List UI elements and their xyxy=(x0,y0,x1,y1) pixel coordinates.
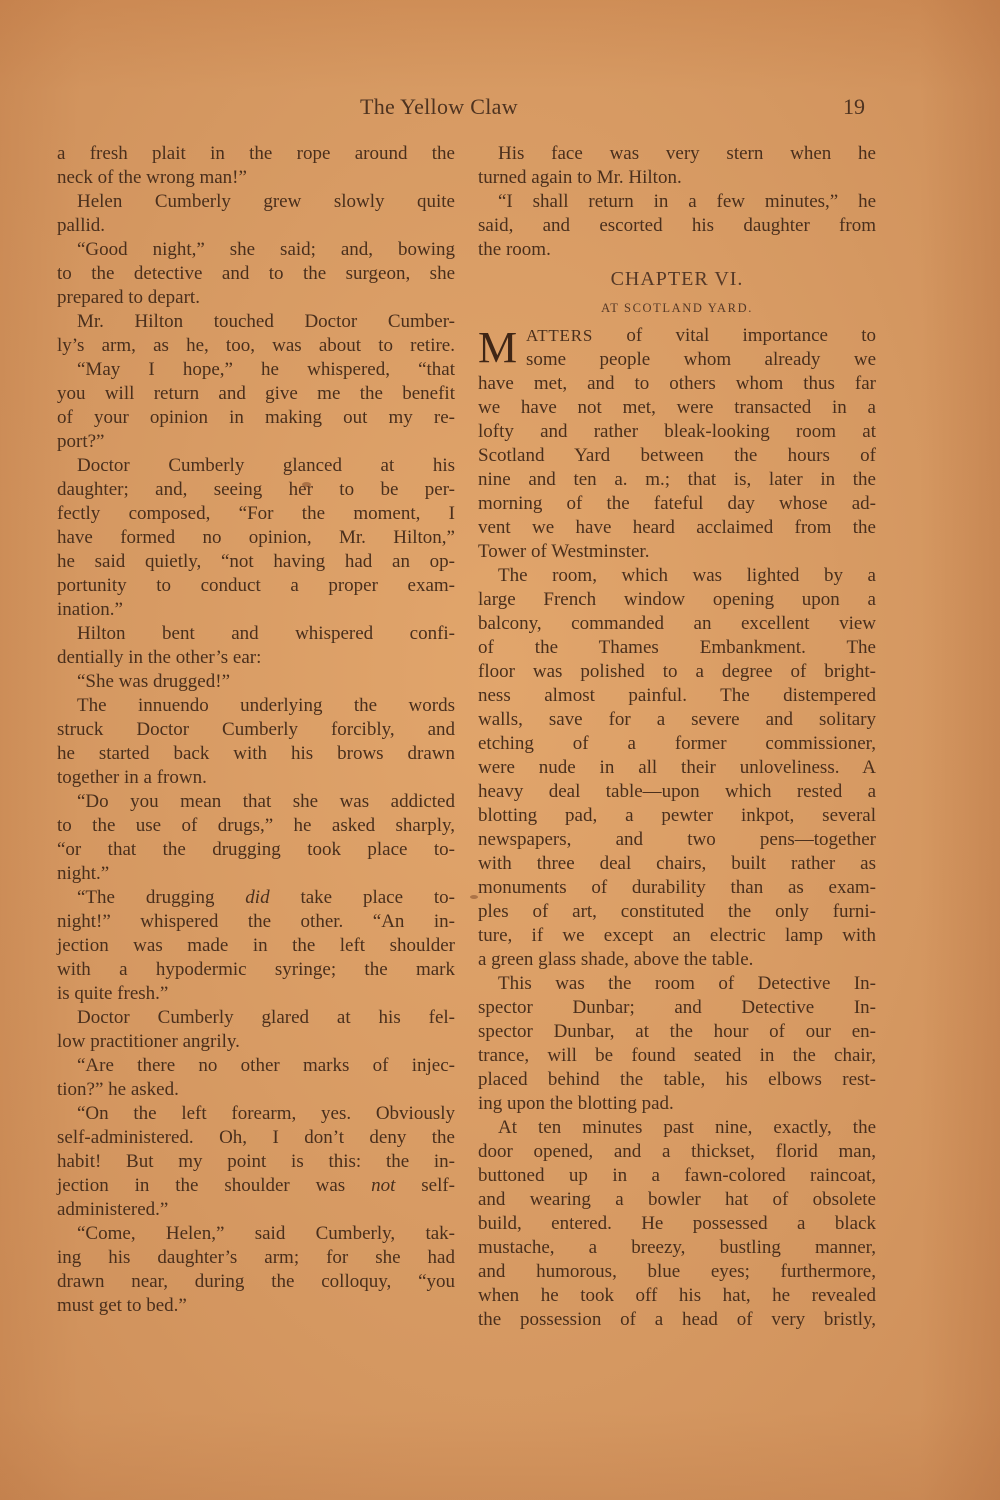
text-line: and humorous, blue eyes; furthermore, xyxy=(478,1260,876,1284)
text-line: Mr. Hilton touched Doctor Cumber- xyxy=(57,310,455,334)
text-line: drawn near, during the colloquy, “you xyxy=(57,1270,455,1294)
text-line: “On the left forearm, yes. Obviously xyxy=(57,1102,455,1126)
text-line: daughter; and, seeing her to be per- xyxy=(57,478,455,502)
text-line: lofty and rather bleak-looking room at xyxy=(478,420,876,444)
text-line: must get to bed.” xyxy=(57,1294,455,1318)
running-title: The Yellow Claw xyxy=(360,94,518,120)
text-line: buttoned up in a fawn-colored raincoat, xyxy=(478,1164,876,1188)
text-line: of the Thames Embankment. The xyxy=(478,636,876,660)
paper-stain xyxy=(470,895,478,899)
text-line: His face was very stern when he xyxy=(478,142,876,166)
text-line: together in a frown. xyxy=(57,766,455,790)
text-line: spector Dunbar; and Detective In- xyxy=(478,996,876,1020)
chapter-first-line: ATTERS of vital importance to xyxy=(478,324,876,348)
book-page: The Yellow Claw 19 a fresh plait in the … xyxy=(0,0,1000,1500)
text-line: when he took off his hat, he revealed xyxy=(478,1284,876,1308)
text-line: build, entered. He possessed a black xyxy=(478,1212,876,1236)
text-line: ination.” xyxy=(57,598,455,622)
text-line: “I shall return in a few minutes,” he xyxy=(478,190,876,214)
text-line: monuments of durability than as exam- xyxy=(478,876,876,900)
text-line: Doctor Cumberly glared at his fel- xyxy=(57,1006,455,1030)
text-line: some people whom already we xyxy=(478,348,876,372)
running-head: The Yellow Claw 19 xyxy=(0,94,1000,124)
text-line: the room. xyxy=(478,238,876,262)
text-line: were nude in all their unloveliness. A xyxy=(478,756,876,780)
text-line: nine and ten a. m.; that is, later in th… xyxy=(478,468,876,492)
text-line: he said quietly, “not having had an op- xyxy=(57,550,455,574)
text-line: door opened, and a thickset, florid man, xyxy=(478,1140,876,1164)
text-line: walls, save for a severe and solitary xyxy=(478,708,876,732)
italic-word: did xyxy=(245,887,269,908)
text-line: placed behind the table, his elbows rest… xyxy=(478,1068,876,1092)
page-number: 19 xyxy=(843,94,865,120)
text-line: “The drugging did take place to- xyxy=(57,886,455,910)
chapter-opening: M ATTERS of vital importance to some peo… xyxy=(478,324,876,1332)
text-line: ture, if we except an electric lamp with xyxy=(478,924,876,948)
text-line: you will return and give me the benefit xyxy=(57,382,455,406)
text-line: large French window opening upon a xyxy=(478,588,876,612)
text-line: newspapers, and two pens—together xyxy=(478,828,876,852)
text-line: of your opinion in making out my re- xyxy=(57,406,455,430)
text-line: “She was drugged!” xyxy=(57,670,455,694)
text-line: floor was polished to a degree of bright… xyxy=(478,660,876,684)
text-line: “Do you mean that she was addicted xyxy=(57,790,455,814)
text-line: “or that the drugging took place to- xyxy=(57,838,455,862)
text-line: This was the room of Detective In- xyxy=(478,972,876,996)
text-line: blotting pad, a pewter inkpot, several xyxy=(478,804,876,828)
text-line: we have not met, were transacted in a xyxy=(478,396,876,420)
text-line: struck Doctor Cumberly forcibly, and xyxy=(57,718,455,742)
text-line: have formed no opinion, Mr. Hilton,” xyxy=(57,526,455,550)
text-line: Hilton bent and whispered confi- xyxy=(57,622,455,646)
text-line: neck of the wrong man!” xyxy=(57,166,455,190)
first-word-smallcaps: ATTERS xyxy=(526,326,593,345)
text-line: ples of art, constituted the only furni- xyxy=(478,900,876,924)
text-line: pallid. xyxy=(57,214,455,238)
text-line: spector Dunbar, at the hour of our en- xyxy=(478,1020,876,1044)
text-line: “May I hope,” he whispered, “that xyxy=(57,358,455,382)
text-line: he started back with his brows drawn xyxy=(57,742,455,766)
text-line: turned again to Mr. Hilton. xyxy=(478,166,876,190)
text-line: prepared to depart. xyxy=(57,286,455,310)
text-run: self- xyxy=(395,1175,455,1196)
text-line: low practitioner angrily. xyxy=(57,1030,455,1054)
left-column: a fresh plait in the rope around theneck… xyxy=(57,142,455,1318)
text-line: ly’s arm, as he, too, was about to retir… xyxy=(57,334,455,358)
text-line: have met, and to others whom thus far xyxy=(478,372,876,396)
paper-stain xyxy=(302,482,311,487)
text-line: said, and escorted his daughter from xyxy=(478,214,876,238)
text-line: Scotland Yard between the hours of xyxy=(478,444,876,468)
text-line: ing upon the blotting pad. xyxy=(478,1092,876,1116)
text-line: morning of the fateful day whose ad- xyxy=(478,492,876,516)
text-line: portunity to conduct a proper exam- xyxy=(57,574,455,598)
text-line: tion?” he asked. xyxy=(57,1078,455,1102)
text-line: ness almost painful. The distempered xyxy=(478,684,876,708)
text-line: jection in the shoulder was not self- xyxy=(57,1174,455,1198)
text-line: “Are there no other marks of injec- xyxy=(57,1054,455,1078)
text-line: a green glass shade, above the table. xyxy=(478,948,876,972)
text-line: habit! But my point is this: the in- xyxy=(57,1150,455,1174)
text-line: heavy deal table—upon which rested a xyxy=(478,780,876,804)
chapter-title: CHAPTER VI. xyxy=(478,262,876,296)
right-column: His face was very stern when heturned ag… xyxy=(478,142,876,1332)
right-column-after-chapter: some people whom already wehave met, and… xyxy=(478,348,876,1332)
text-line: self-administered. Oh, I don’t deny the xyxy=(57,1126,455,1150)
text-line: balcony, commanded an excellent view xyxy=(478,612,876,636)
text-line: to the detective and to the surgeon, she xyxy=(57,262,455,286)
text-line: jection was made in the left shoulder xyxy=(57,934,455,958)
text-line: mustache, a breezy, bustling manner, xyxy=(478,1236,876,1260)
text-line: Helen Cumberly grew slowly quite xyxy=(57,190,455,214)
text-run: “The drugging xyxy=(77,887,245,908)
text-line: port?” xyxy=(57,430,455,454)
first-line-rest: of vital importance to xyxy=(593,325,876,346)
text-line: dentially in the other’s ear: xyxy=(57,646,455,670)
chapter-subtitle: AT SCOTLAND YARD. xyxy=(478,296,876,324)
text-line: to the use of drugs,” he asked sharply, xyxy=(57,814,455,838)
right-column-before-chapter: His face was very stern when heturned ag… xyxy=(478,142,876,262)
text-line: Doctor Cumberly glanced at his xyxy=(57,454,455,478)
text-line: with three deal chairs, built rather as xyxy=(478,852,876,876)
text-run: take place to- xyxy=(270,887,455,908)
text-line: a fresh plait in the rope around the xyxy=(57,142,455,166)
text-line: vent we have heard acclaimed from the xyxy=(478,516,876,540)
text-line: fectly composed, “For the moment, I xyxy=(57,502,455,526)
text-line: etching of a former commissioner, xyxy=(478,732,876,756)
text-line: trance, will be found seated in the chai… xyxy=(478,1044,876,1068)
text-line: “Good night,” she said; and, bowing xyxy=(57,238,455,262)
text-line: administered.” xyxy=(57,1198,455,1222)
text-line: with a hypodermic syringe; the mark xyxy=(57,958,455,982)
text-line: the possession of a head of very bristly… xyxy=(478,1308,876,1332)
text-line: ing his daughter’s arm; for she had xyxy=(57,1246,455,1270)
text-line: The room, which was lighted by a xyxy=(478,564,876,588)
text-run: jection in the shoulder was xyxy=(57,1175,371,1196)
text-line: The innuendo underlying the words xyxy=(57,694,455,718)
text-line: night.” xyxy=(57,862,455,886)
drop-cap: M xyxy=(478,326,517,370)
text-line: “Come, Helen,” said Cumberly, tak- xyxy=(57,1222,455,1246)
text-line: At ten minutes past nine, exactly, the xyxy=(478,1116,876,1140)
text-line: Tower of Westminster. xyxy=(478,540,876,564)
italic-word: not xyxy=(371,1175,395,1196)
text-line: is quite fresh.” xyxy=(57,982,455,1006)
text-line: and wearing a bowler hat of obsolete xyxy=(478,1188,876,1212)
text-line: night!” whispered the other. “An in- xyxy=(57,910,455,934)
